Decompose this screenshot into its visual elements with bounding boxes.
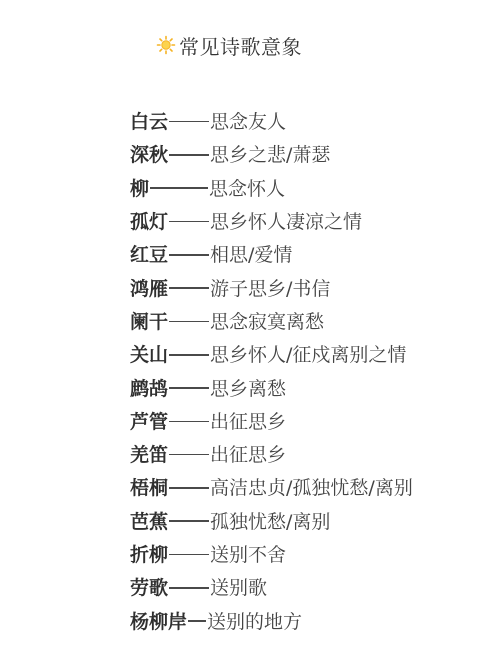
meaning: 送别不舍 xyxy=(210,540,286,567)
list-item: 白云 思念友人 xyxy=(130,104,413,137)
dash-divider xyxy=(188,620,206,622)
dash-divider xyxy=(169,254,209,256)
meaning: 思念寂寞离愁 xyxy=(210,307,324,334)
term: 红豆 xyxy=(130,240,168,267)
list-item: 深秋 思乡之悲/萧瑟 xyxy=(130,137,413,170)
list-item: 孤灯 思乡怀人凄凉之情 xyxy=(130,204,413,237)
term: 白云 xyxy=(130,107,168,134)
list-item: 芭蕉 孤独忧愁/离别 xyxy=(130,504,413,537)
dash-divider xyxy=(169,487,209,489)
term: 芭蕉 xyxy=(130,507,168,534)
term: 羌笛 xyxy=(130,440,168,467)
list-item: 鸿雁 游子思乡/书信 xyxy=(130,270,413,303)
term: 深秋 xyxy=(130,140,168,167)
list-item: 劳歌 送别歌 xyxy=(130,570,413,603)
term: 孤灯 xyxy=(130,207,168,234)
meaning: 思乡离愁 xyxy=(210,374,286,401)
term: 阑干 xyxy=(130,307,168,334)
term: 杨柳岸 xyxy=(130,607,187,634)
term: 芦管 xyxy=(130,407,168,434)
list-item: 鹧鸪 思乡离愁 xyxy=(130,370,413,403)
term: 折柳 xyxy=(130,540,168,567)
meaning: 孤独忧愁/离别 xyxy=(210,507,330,534)
dash-divider xyxy=(150,187,208,189)
term: 梧桐 xyxy=(130,473,168,500)
meaning: 思念怀人 xyxy=(209,174,285,201)
imagery-list: 白云 思念友人 深秋 思乡之悲/萧瑟 柳 思念怀人 孤灯 思乡怀人凄凉之情 红豆… xyxy=(130,104,413,637)
meaning: 送别歌 xyxy=(210,573,267,600)
dash-divider xyxy=(169,587,209,589)
title-text: 常见诗歌意象 xyxy=(179,31,302,60)
term: 劳歌 xyxy=(130,573,168,600)
list-item: 关山 思乡怀人/征戍离别之情 xyxy=(130,337,413,370)
dash-divider xyxy=(169,554,209,556)
meaning: 出征思乡 xyxy=(210,440,286,467)
list-item: 梧桐 高洁忠贞/孤独忧愁/离别 xyxy=(130,470,413,503)
meaning: 思乡怀人凄凉之情 xyxy=(210,207,362,234)
meaning: 相思/爱情 xyxy=(210,240,292,267)
dash-divider xyxy=(169,421,209,423)
term: 鹧鸪 xyxy=(130,374,168,401)
list-item: 杨柳岸 送别的地方 xyxy=(130,603,413,636)
dash-divider xyxy=(169,354,209,356)
list-item: 柳 思念怀人 xyxy=(130,171,413,204)
meaning: 思乡怀人/征戍离别之情 xyxy=(210,340,406,367)
meaning: 思乡之悲/萧瑟 xyxy=(210,140,330,167)
dash-divider xyxy=(169,287,209,289)
sun-icon xyxy=(156,35,176,55)
list-item: 阑干 思念寂寞离愁 xyxy=(130,304,413,337)
list-item: 红豆 相思/爱情 xyxy=(130,237,413,270)
dash-divider xyxy=(169,387,209,389)
term: 鸿雁 xyxy=(130,274,168,301)
list-item: 芦管 出征思乡 xyxy=(130,404,413,437)
meaning: 送别的地方 xyxy=(207,607,302,634)
page-title: 常见诗歌意象 xyxy=(156,30,302,60)
dash-divider xyxy=(169,221,209,223)
dash-divider xyxy=(169,154,209,156)
term: 关山 xyxy=(130,340,168,367)
term: 柳 xyxy=(130,174,149,201)
dash-divider xyxy=(169,454,209,456)
meaning: 出征思乡 xyxy=(210,407,286,434)
dash-divider xyxy=(169,520,209,522)
list-item: 折柳 送别不舍 xyxy=(130,537,413,570)
dash-divider xyxy=(169,121,209,123)
dash-divider xyxy=(169,321,209,323)
meaning: 高洁忠贞/孤独忧愁/离别 xyxy=(210,473,413,500)
meaning: 思念友人 xyxy=(210,107,286,134)
meaning: 游子思乡/书信 xyxy=(210,274,330,301)
list-item: 羌笛 出征思乡 xyxy=(130,437,413,470)
